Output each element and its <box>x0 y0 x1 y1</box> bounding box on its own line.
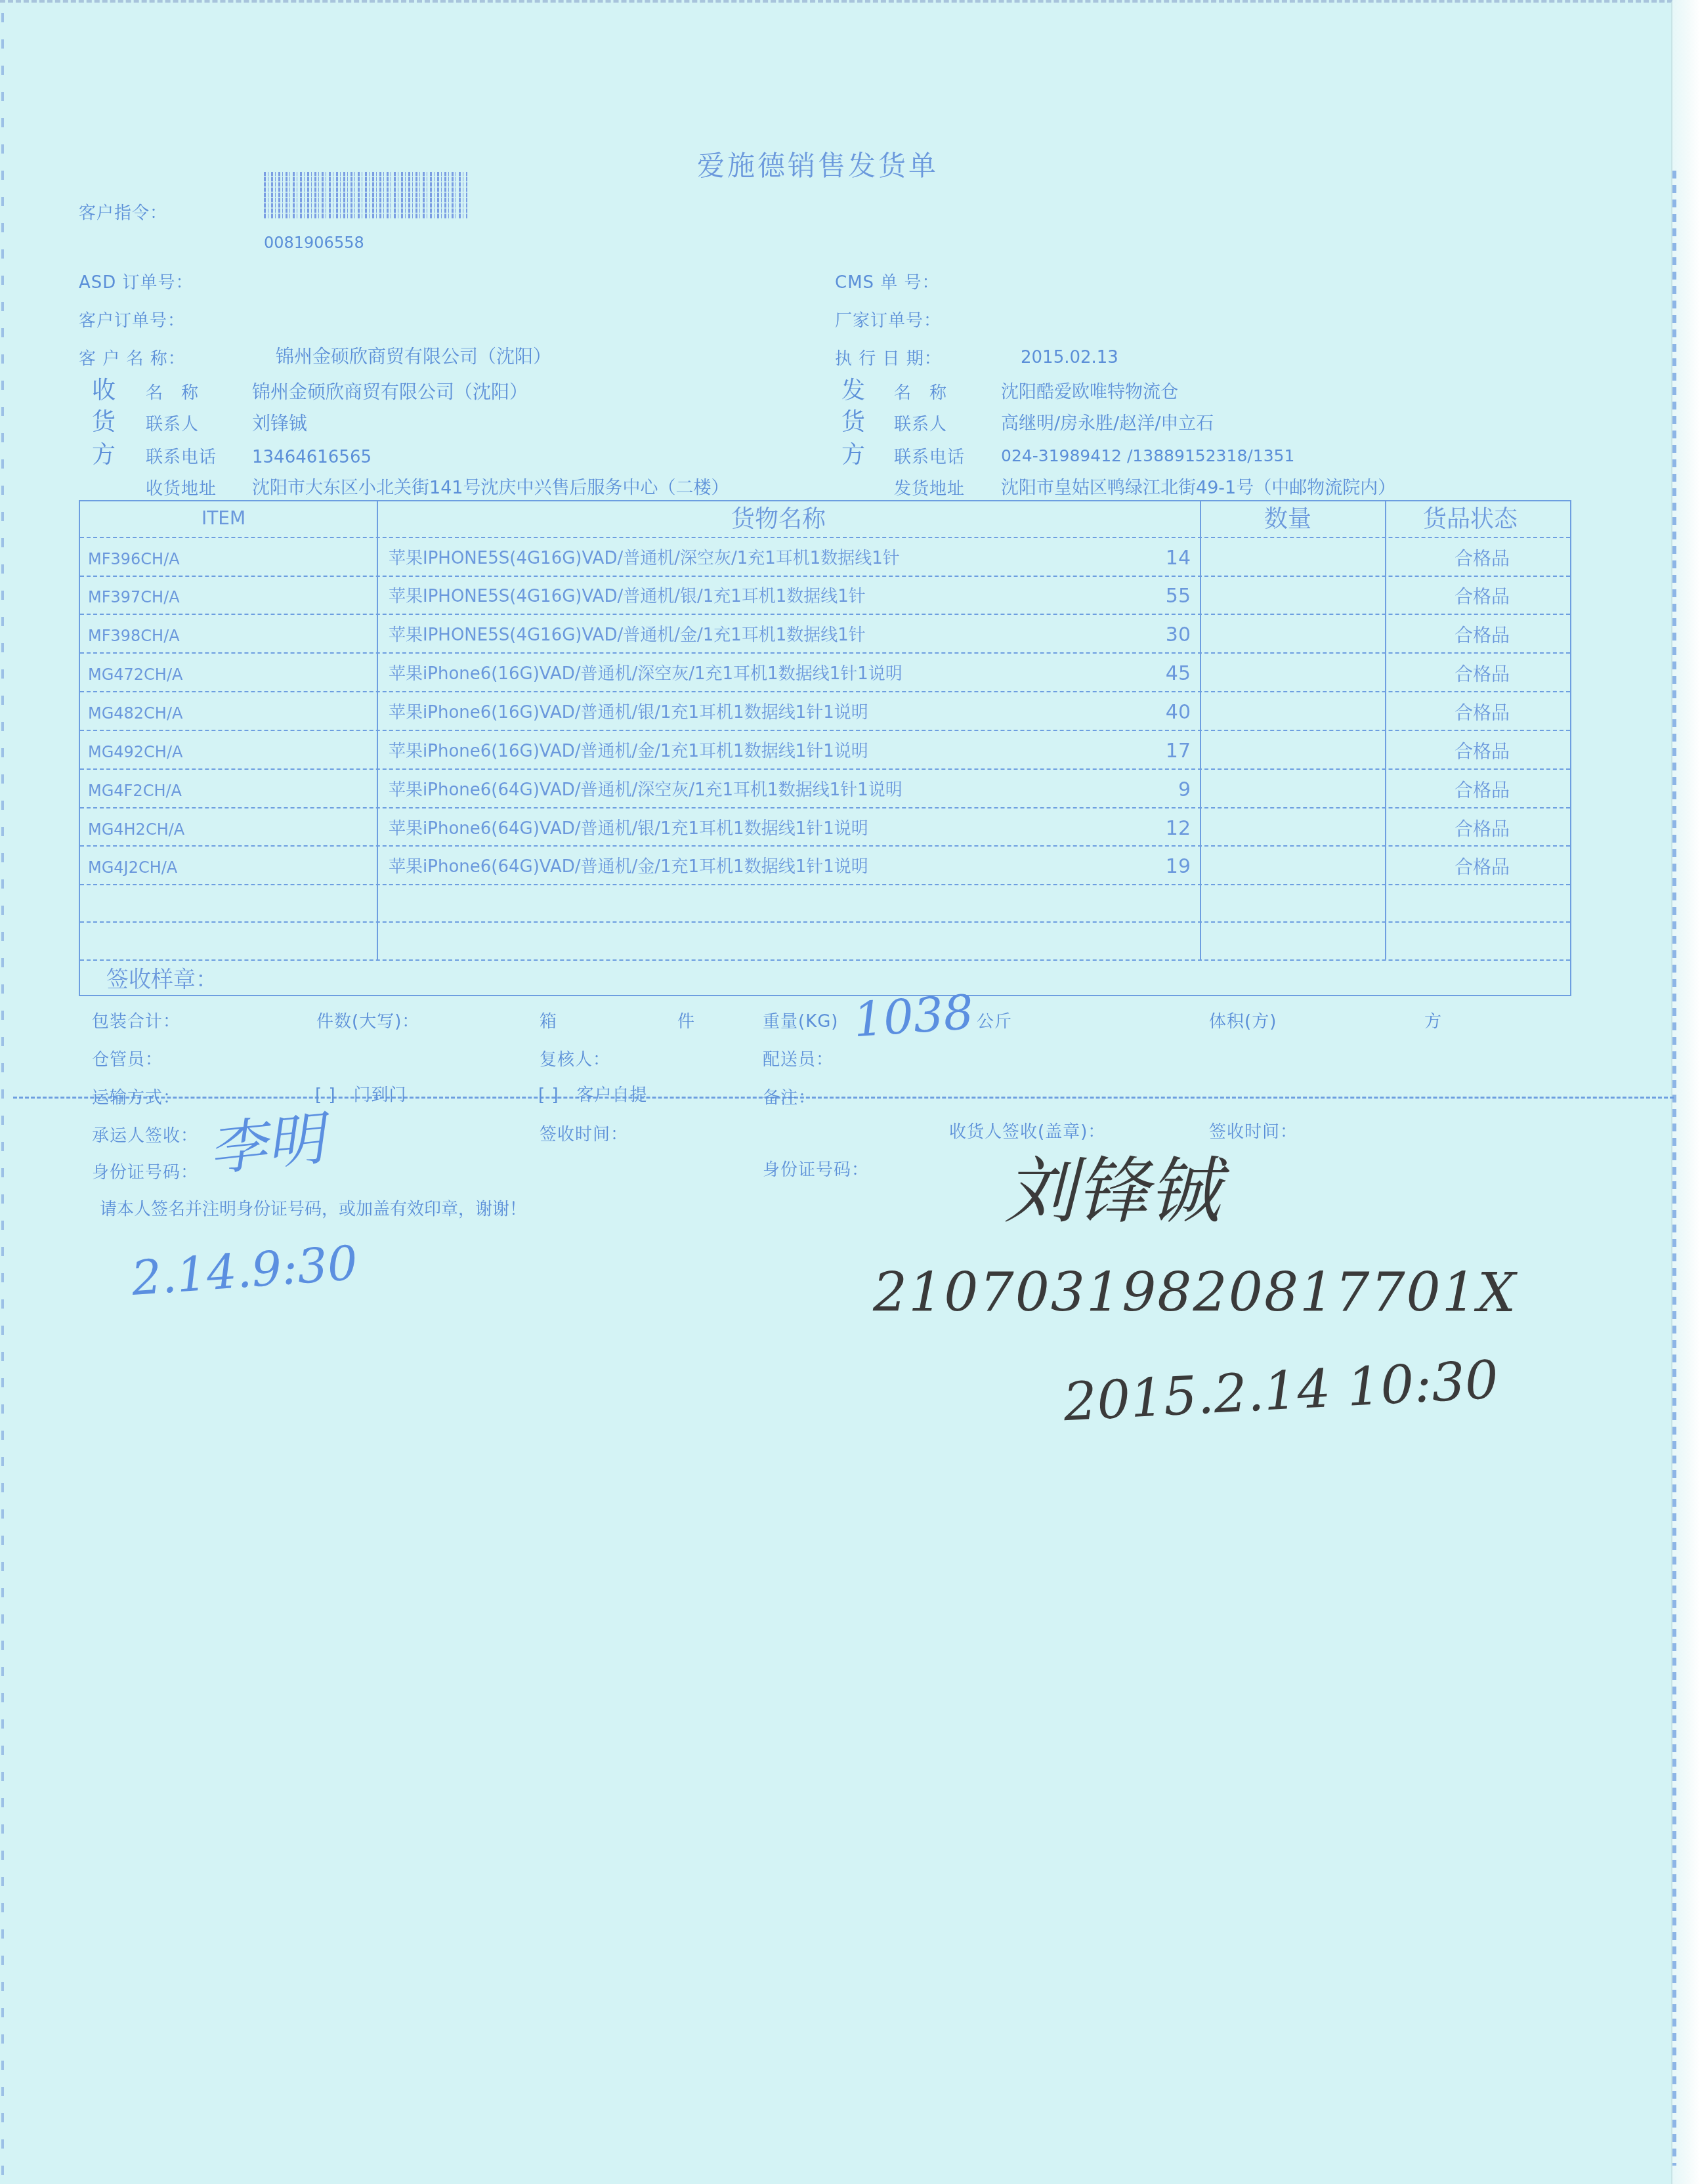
row-quantity: 40 <box>1112 703 1191 723</box>
header-quantity: 数量 <box>1264 508 1311 532</box>
receiver-side-char-3: 方 <box>92 444 116 467</box>
row-item-code: MG4H2CH/A <box>88 822 184 837</box>
row-quantity: 12 <box>1112 819 1191 839</box>
sender-contact-value: 高继明/房永胜/赵洋/申立石 <box>1001 415 1214 432</box>
receiver-phone-value: 13464616565 <box>252 449 372 466</box>
row-status: 合格品 <box>1390 820 1574 839</box>
receiver-id-label: 身份证号码： <box>763 1162 869 1179</box>
row-item-code: MF397CH/A <box>88 589 180 605</box>
receiver-side-char-1: 收 <box>92 379 116 403</box>
volume-unit: 方 <box>1424 1013 1442 1030</box>
row-item-code: MG4F2CH/A <box>88 783 182 799</box>
row-status: 合格品 <box>1390 550 1574 568</box>
row-quantity: 19 <box>1112 857 1191 877</box>
customer-instruction-label: 客户指令： <box>79 205 167 222</box>
row-item-code: MG492CH/A <box>88 744 182 760</box>
right-tractor-strip <box>1672 0 1700 2184</box>
weight-label: 重量(KG) <box>763 1013 839 1030</box>
row-status: 合格品 <box>1390 858 1574 877</box>
sender-side-char-1: 发 <box>841 379 865 403</box>
sender-address-value: 沈阳市皇姑区鸭绿江北街49-1号（中邮物流院内） <box>1001 479 1395 497</box>
sender-side-char-3: 方 <box>841 444 865 467</box>
sender-address-label: 发货地址 <box>894 480 965 497</box>
signature-notice: 请本人签名并注明身份证号码，或加盖有效印章，谢谢！ <box>100 1201 526 1218</box>
remark-label: 备注： <box>763 1089 816 1106</box>
tear-line <box>13 1097 1674 1099</box>
carrier-signature: 李明 <box>206 1110 327 1179</box>
row-item-code: MG472CH/A <box>88 667 182 682</box>
delivery-person-label: 配送员： <box>763 1051 834 1068</box>
goods-table: ITEM 货物名称 数量 货品状态 MF396CH/A 苹果IPHONE5S(4… <box>79 500 1571 996</box>
row-quantity: 55 <box>1112 587 1191 606</box>
row-quantity: 45 <box>1112 664 1191 684</box>
transport-method-label: 运输方式： <box>92 1089 181 1106</box>
box-label: 箱 <box>540 1013 557 1030</box>
receiver-name-label: 名 称 <box>146 385 199 402</box>
row-divider <box>80 576 1570 577</box>
customer-instruction-code: 0081906558 <box>264 235 364 251</box>
row-status: 合格品 <box>1390 627 1574 645</box>
receiver-contact-label: 联系人 <box>146 416 199 433</box>
sender-phone-label: 联系电话 <box>894 449 965 466</box>
row-goods-name: 苹果IPHONE5S(4G16G)VAD/普通机/银/1充1耳机1数据线1针 <box>389 588 866 605</box>
customer-name-value: 锦州金硕欣商贸有限公司（沈阳） <box>276 348 551 366</box>
exec-date-value: 2015.02.13 <box>1021 349 1118 366</box>
sender-contact-label: 联系人 <box>894 416 947 433</box>
piece-label: 件 <box>677 1013 695 1030</box>
document-title: 爱施德销售发货单 <box>697 152 939 180</box>
row-divider <box>80 845 1570 847</box>
row-divider <box>80 807 1570 808</box>
receiver-side-char-2: 货 <box>92 411 116 434</box>
cms-order-label: CMS 单 号： <box>835 274 940 291</box>
receiver-address-label: 收货地址 <box>146 480 217 497</box>
row-status: 合格品 <box>1390 704 1574 723</box>
row-goods-name: 苹果iPhone6(64G)VAD/普通机/深空灰/1充1耳机1数据线1针1说明 <box>389 782 903 799</box>
row-divider <box>80 884 1570 885</box>
row-goods-name: 苹果iPhone6(64G)VAD/普通机/银/1充1耳机1数据线1针1说明 <box>389 820 868 837</box>
row-goods-name: 苹果IPHONE5S(4G16G)VAD/普通机/金/1充1耳机1数据线1针 <box>389 627 866 644</box>
row-status: 合格品 <box>1390 782 1574 800</box>
carrier-handwritten-time: 2.14.9:30 <box>130 1239 359 1302</box>
warehouse-keeper-label: 仓管员： <box>92 1051 163 1068</box>
package-total-label: 包装合计： <box>92 1013 181 1030</box>
receiver-address-value: 沈阳市大东区小北关街141号沈庆中兴售后服务中心（二楼） <box>252 479 729 497</box>
sender-phone-value: 024-31989412 /13889152318/1351 <box>1001 448 1294 464</box>
row-item-code: MF398CH/A <box>88 628 180 644</box>
factory-order-label: 厂家订单号： <box>835 312 941 329</box>
row-item-code: MG482CH/A <box>88 705 182 721</box>
sender-side-char-2: 货 <box>841 411 865 434</box>
reviewer-label: 复核人： <box>540 1051 610 1068</box>
row-divider <box>80 768 1570 770</box>
row-item-code: MF396CH/A <box>88 551 180 567</box>
row-item-code: MG4J2CH/A <box>88 860 177 875</box>
carrier-sign-time-label: 签收时间： <box>540 1126 628 1143</box>
row-divider <box>80 959 1570 961</box>
row-quantity: 14 <box>1112 549 1191 568</box>
door-to-door-checkbox[interactable]: [ ] 门到门 <box>315 1087 407 1104</box>
row-quantity: 9 <box>1112 780 1191 800</box>
receiver-sign-label: 收货人签收(盖章)： <box>949 1123 1105 1141</box>
row-goods-name: 苹果iPhone6(16G)VAD/普通机/金/1充1耳机1数据线1针1说明 <box>389 743 868 760</box>
header-item: ITEM <box>202 509 245 528</box>
row-goods-name: 苹果IPHONE5S(4G16G)VAD/普通机/深空灰/1充1耳机1数据线1针 <box>389 550 900 567</box>
row-quantity: 30 <box>1112 625 1191 645</box>
handwritten-weight: 1038 <box>852 988 975 1044</box>
row-status: 合格品 <box>1390 665 1574 684</box>
row-divider <box>80 614 1570 615</box>
row-divider <box>80 921 1570 923</box>
barcode-icon <box>264 172 467 219</box>
customer-name-label: 客 户 名 称： <box>79 350 186 367</box>
carrier-sign-label: 承运人签收： <box>92 1127 198 1144</box>
row-divider <box>80 730 1570 731</box>
receiver-phone-label: 联系电话 <box>146 449 217 466</box>
left-perforation <box>1 13 4 2179</box>
row-divider <box>80 691 1570 692</box>
row-goods-name: 苹果iPhone6(64G)VAD/普通机/金/1充1耳机1数据线1针1说明 <box>389 858 868 875</box>
row-status: 合格品 <box>1390 743 1574 761</box>
receiver-handwritten-id: 21070319820817701X <box>873 1267 1517 1320</box>
customer-pickup-checkbox[interactable]: [ ] 客户自提 <box>538 1087 648 1104</box>
receiver-contact-value: 刘锋铖 <box>252 415 307 433</box>
sender-name-value: 沈阳酷爱欧唯特物流仓 <box>1001 383 1178 401</box>
signature-stamp-label: 签收样章： <box>106 969 218 991</box>
exec-date-label: 执 行 日 期： <box>835 350 942 367</box>
receiver-name-value: 锦州金硕欣商贸有限公司（沈阳） <box>252 383 528 402</box>
header-goods-name: 货物名称 <box>731 508 826 532</box>
row-divider <box>80 537 1570 538</box>
weight-unit: 公斤 <box>977 1013 1012 1030</box>
volume-label: 体积(方) <box>1209 1013 1277 1030</box>
row-goods-name: 苹果iPhone6(16G)VAD/普通机/银/1充1耳机1数据线1针1说明 <box>389 704 868 721</box>
sender-name-label: 名 称 <box>894 385 947 402</box>
receiver-sign-time-label: 签收时间： <box>1209 1123 1298 1141</box>
pieces-label: 件数(大写)： <box>316 1013 419 1030</box>
asd-order-label: ASD 订单号： <box>79 274 194 291</box>
carrier-id-label: 身份证号码： <box>92 1164 198 1181</box>
row-goods-name: 苹果iPhone6(16G)VAD/普通机/深空灰/1充1耳机1数据线1针1说明 <box>389 665 903 682</box>
row-status: 合格品 <box>1390 588 1574 606</box>
header-status: 货品状态 <box>1423 508 1518 532</box>
customer-order-label: 客户订单号： <box>79 312 185 329</box>
row-divider <box>80 652 1570 654</box>
receiver-signature: 刘锋铖 <box>1004 1155 1221 1227</box>
row-quantity: 17 <box>1112 742 1191 761</box>
